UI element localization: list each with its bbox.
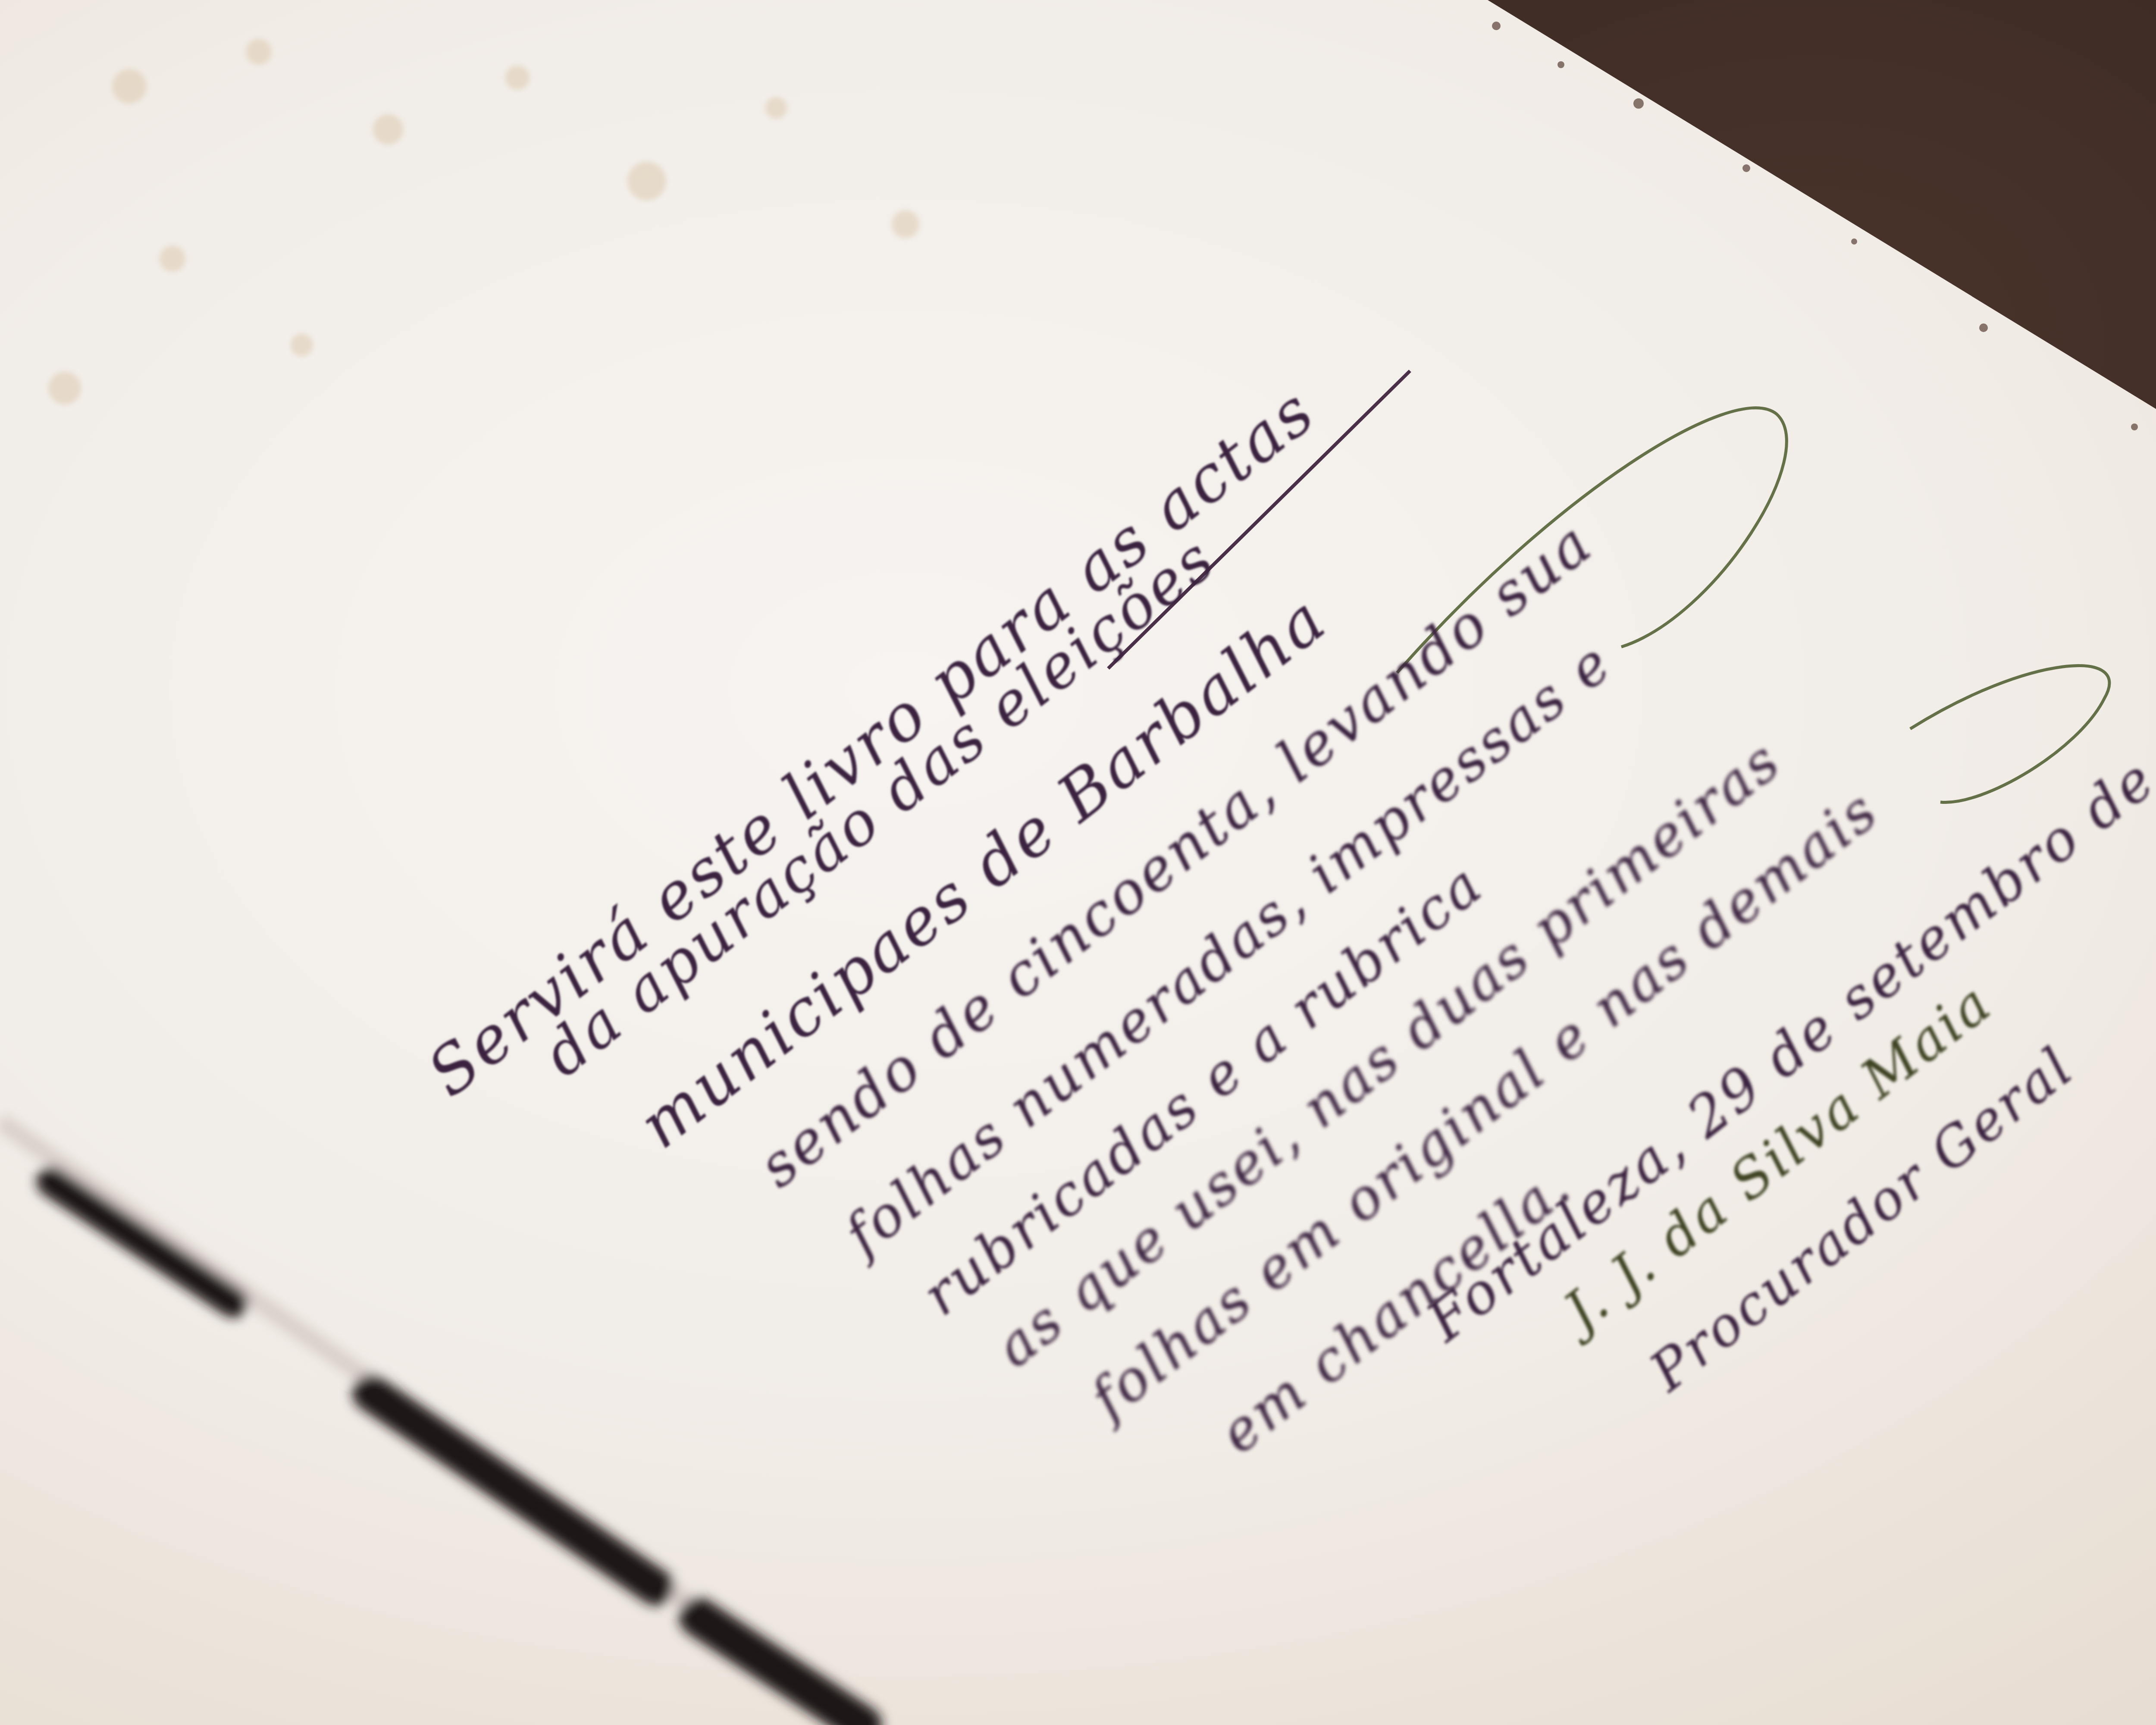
ledger-page	[0, 0, 2156, 1725]
photo-scene: Servirá este livro para as actas da apur…	[0, 0, 2156, 1725]
paper-sheet	[0, 0, 2156, 1725]
